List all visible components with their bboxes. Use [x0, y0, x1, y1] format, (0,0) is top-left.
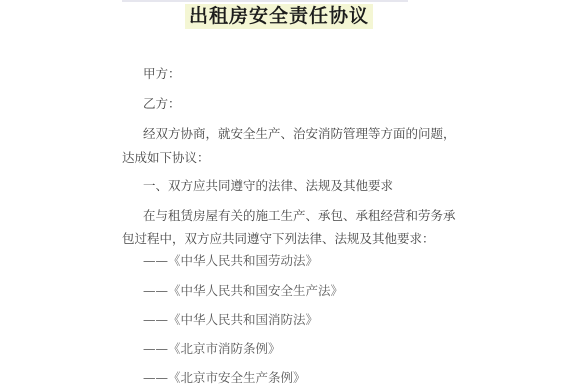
law-item-beijing-safety-regulation: ——《北京市安全生产条例》 [143, 370, 306, 386]
party-b-label: 乙方： [143, 96, 181, 112]
section-1-paragraph-line-1: 在与租赁房屋有关的施工生产、承包、承租经营和劳务承 [143, 208, 456, 224]
section-1-heading: 一、双方应共同遵守的法律、法规及其他要求 [143, 178, 393, 194]
law-item-fire-protection-law: ——《中华人民共和国消防法》 [143, 312, 318, 328]
law-item-labor-law: ——《中华人民共和国劳动法》 [143, 253, 318, 269]
law-item-work-safety-law: ——《中华人民共和国安全生产法》 [143, 283, 343, 299]
intro-paragraph-line-1: 经双方协商，就安全生产、治安消防管理等方面的问题， [143, 126, 456, 142]
law-item-beijing-fire-regulation: ——《北京市消防条例》 [143, 341, 281, 357]
party-a-label: 甲方： [143, 66, 181, 82]
document-page: 出租房安全责任协议 甲方： 乙方： 经双方协商，就安全生产、治安消防管理等方面的… [0, 0, 581, 386]
document-title: 出租房安全责任协议 [185, 4, 373, 29]
section-1-paragraph-line-2: 包过程中，双方应共同遵守下列法律、法规及其他要求： [122, 231, 435, 247]
top-rule-divider [122, 0, 408, 2]
intro-paragraph-line-2: 达成如下协议： [122, 150, 210, 166]
